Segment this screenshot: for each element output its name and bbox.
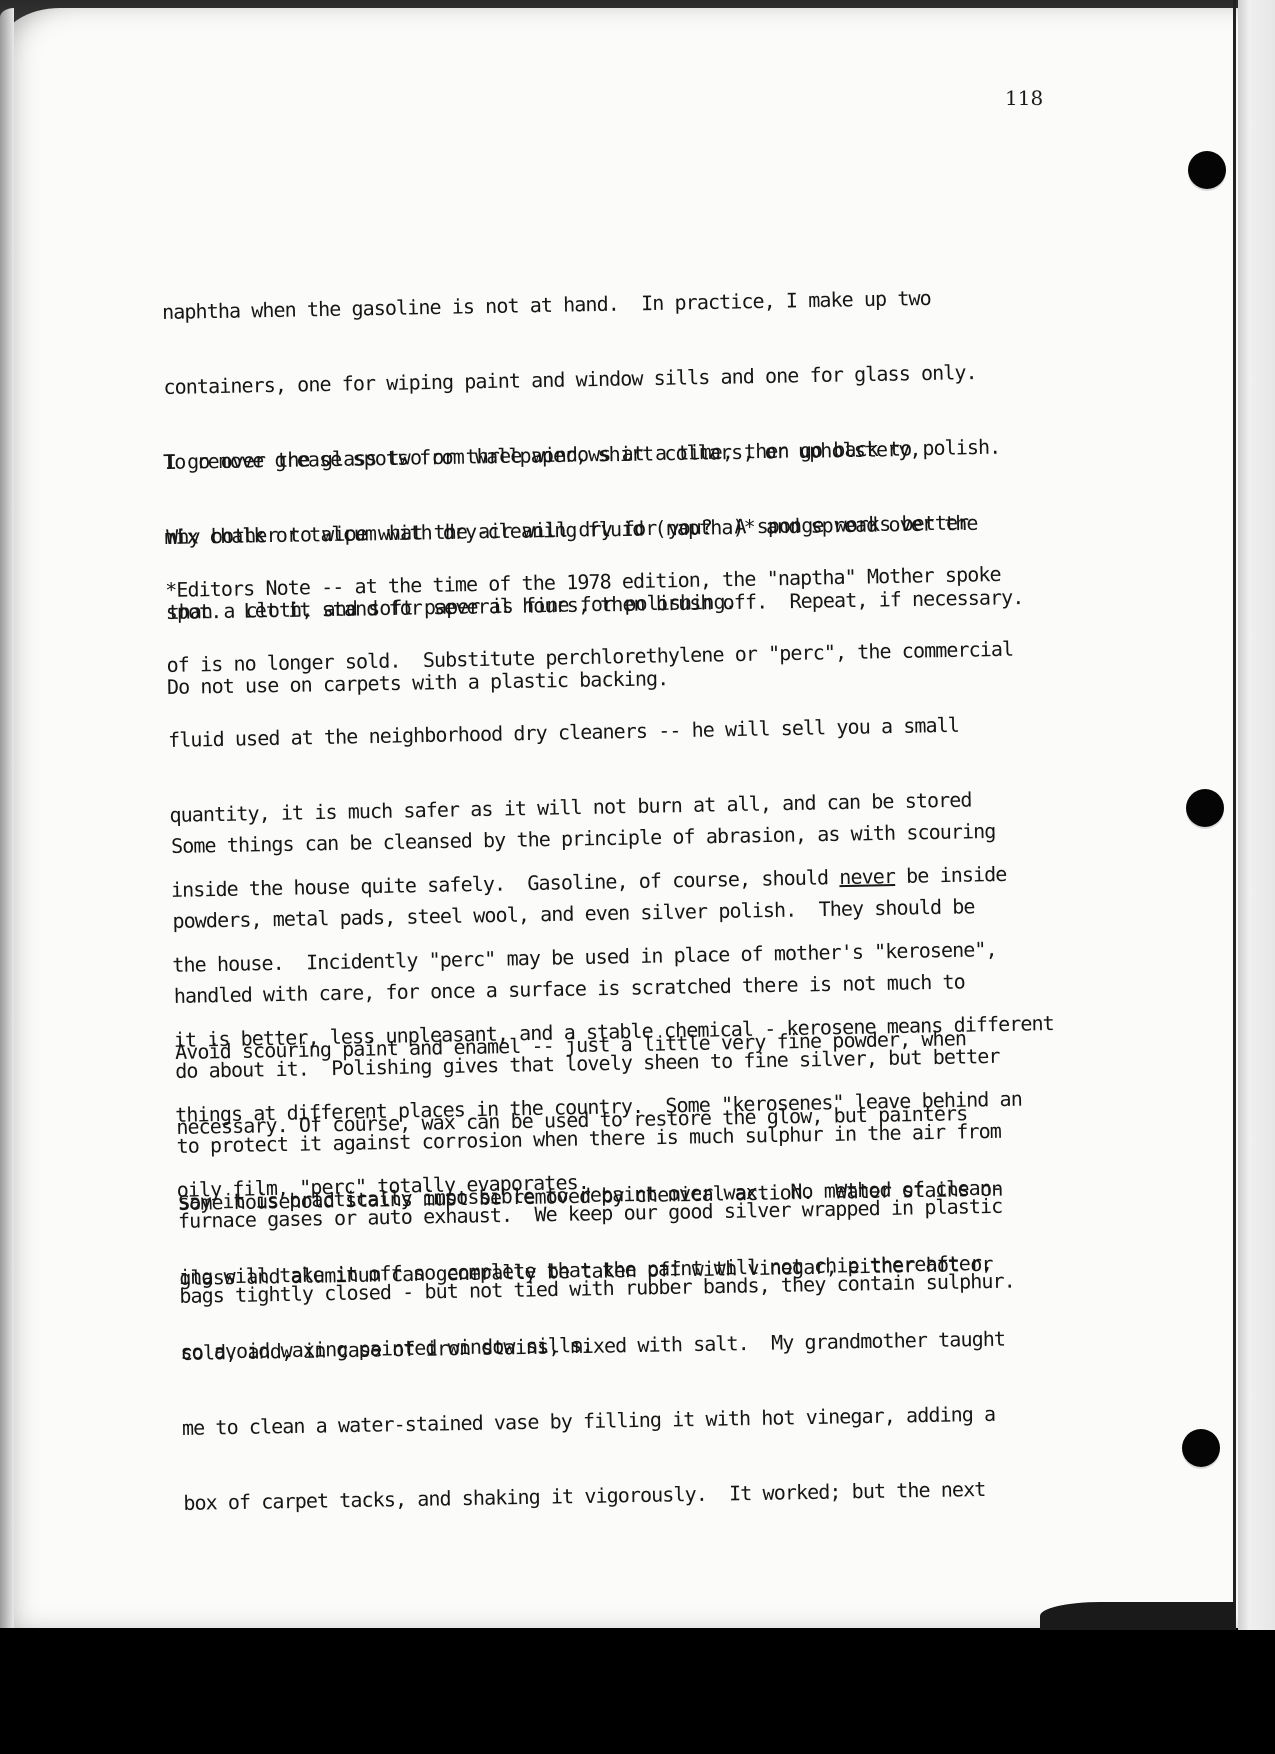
text-line: box of carpet tacks, and shaking it vigo…	[183, 1477, 1008, 1516]
page-edge-line	[1233, 0, 1236, 1630]
text-line: Some things can be cleansed by the princ…	[171, 819, 1007, 859]
text-line: naphtha when the gasoline is not at hand…	[162, 285, 998, 325]
text-line: glass and aluminum can generally be take…	[179, 1252, 1004, 1291]
text-line: Some household stains must be removed by…	[178, 1177, 1003, 1216]
scan-bottom-border	[0, 1630, 1275, 1754]
binder-hole-icon	[1188, 151, 1226, 189]
scan-right-edge	[1238, 0, 1275, 1630]
text-line: of is no longer sold. Substitute perchlo…	[166, 636, 1046, 678]
text-line: me to clean a water-stained vase by fill…	[182, 1402, 1007, 1441]
text-line: powders, metal pads, steel wool, and eve…	[172, 894, 1008, 934]
text-line: *Editors Note -- at the time of the 1978…	[165, 561, 1045, 603]
text-line: Avoid scouring paint and enamel -- just …	[175, 1026, 1000, 1065]
text-line: fluid used at the neighborhood dry clean…	[168, 711, 1048, 753]
binder-hole-icon	[1186, 789, 1224, 827]
page-number: 118	[1005, 86, 1043, 110]
binder-hole-icon	[1182, 1429, 1220, 1467]
text-line: To remove grease spots from wallpaper, s…	[163, 435, 1021, 475]
paragraph-household-stains: Some household stains must be removed by…	[177, 1127, 1008, 1541]
text-line: cold, and, in case of iron stains, mixed…	[180, 1327, 1005, 1366]
page-curl-shadow	[1040, 1602, 1235, 1630]
